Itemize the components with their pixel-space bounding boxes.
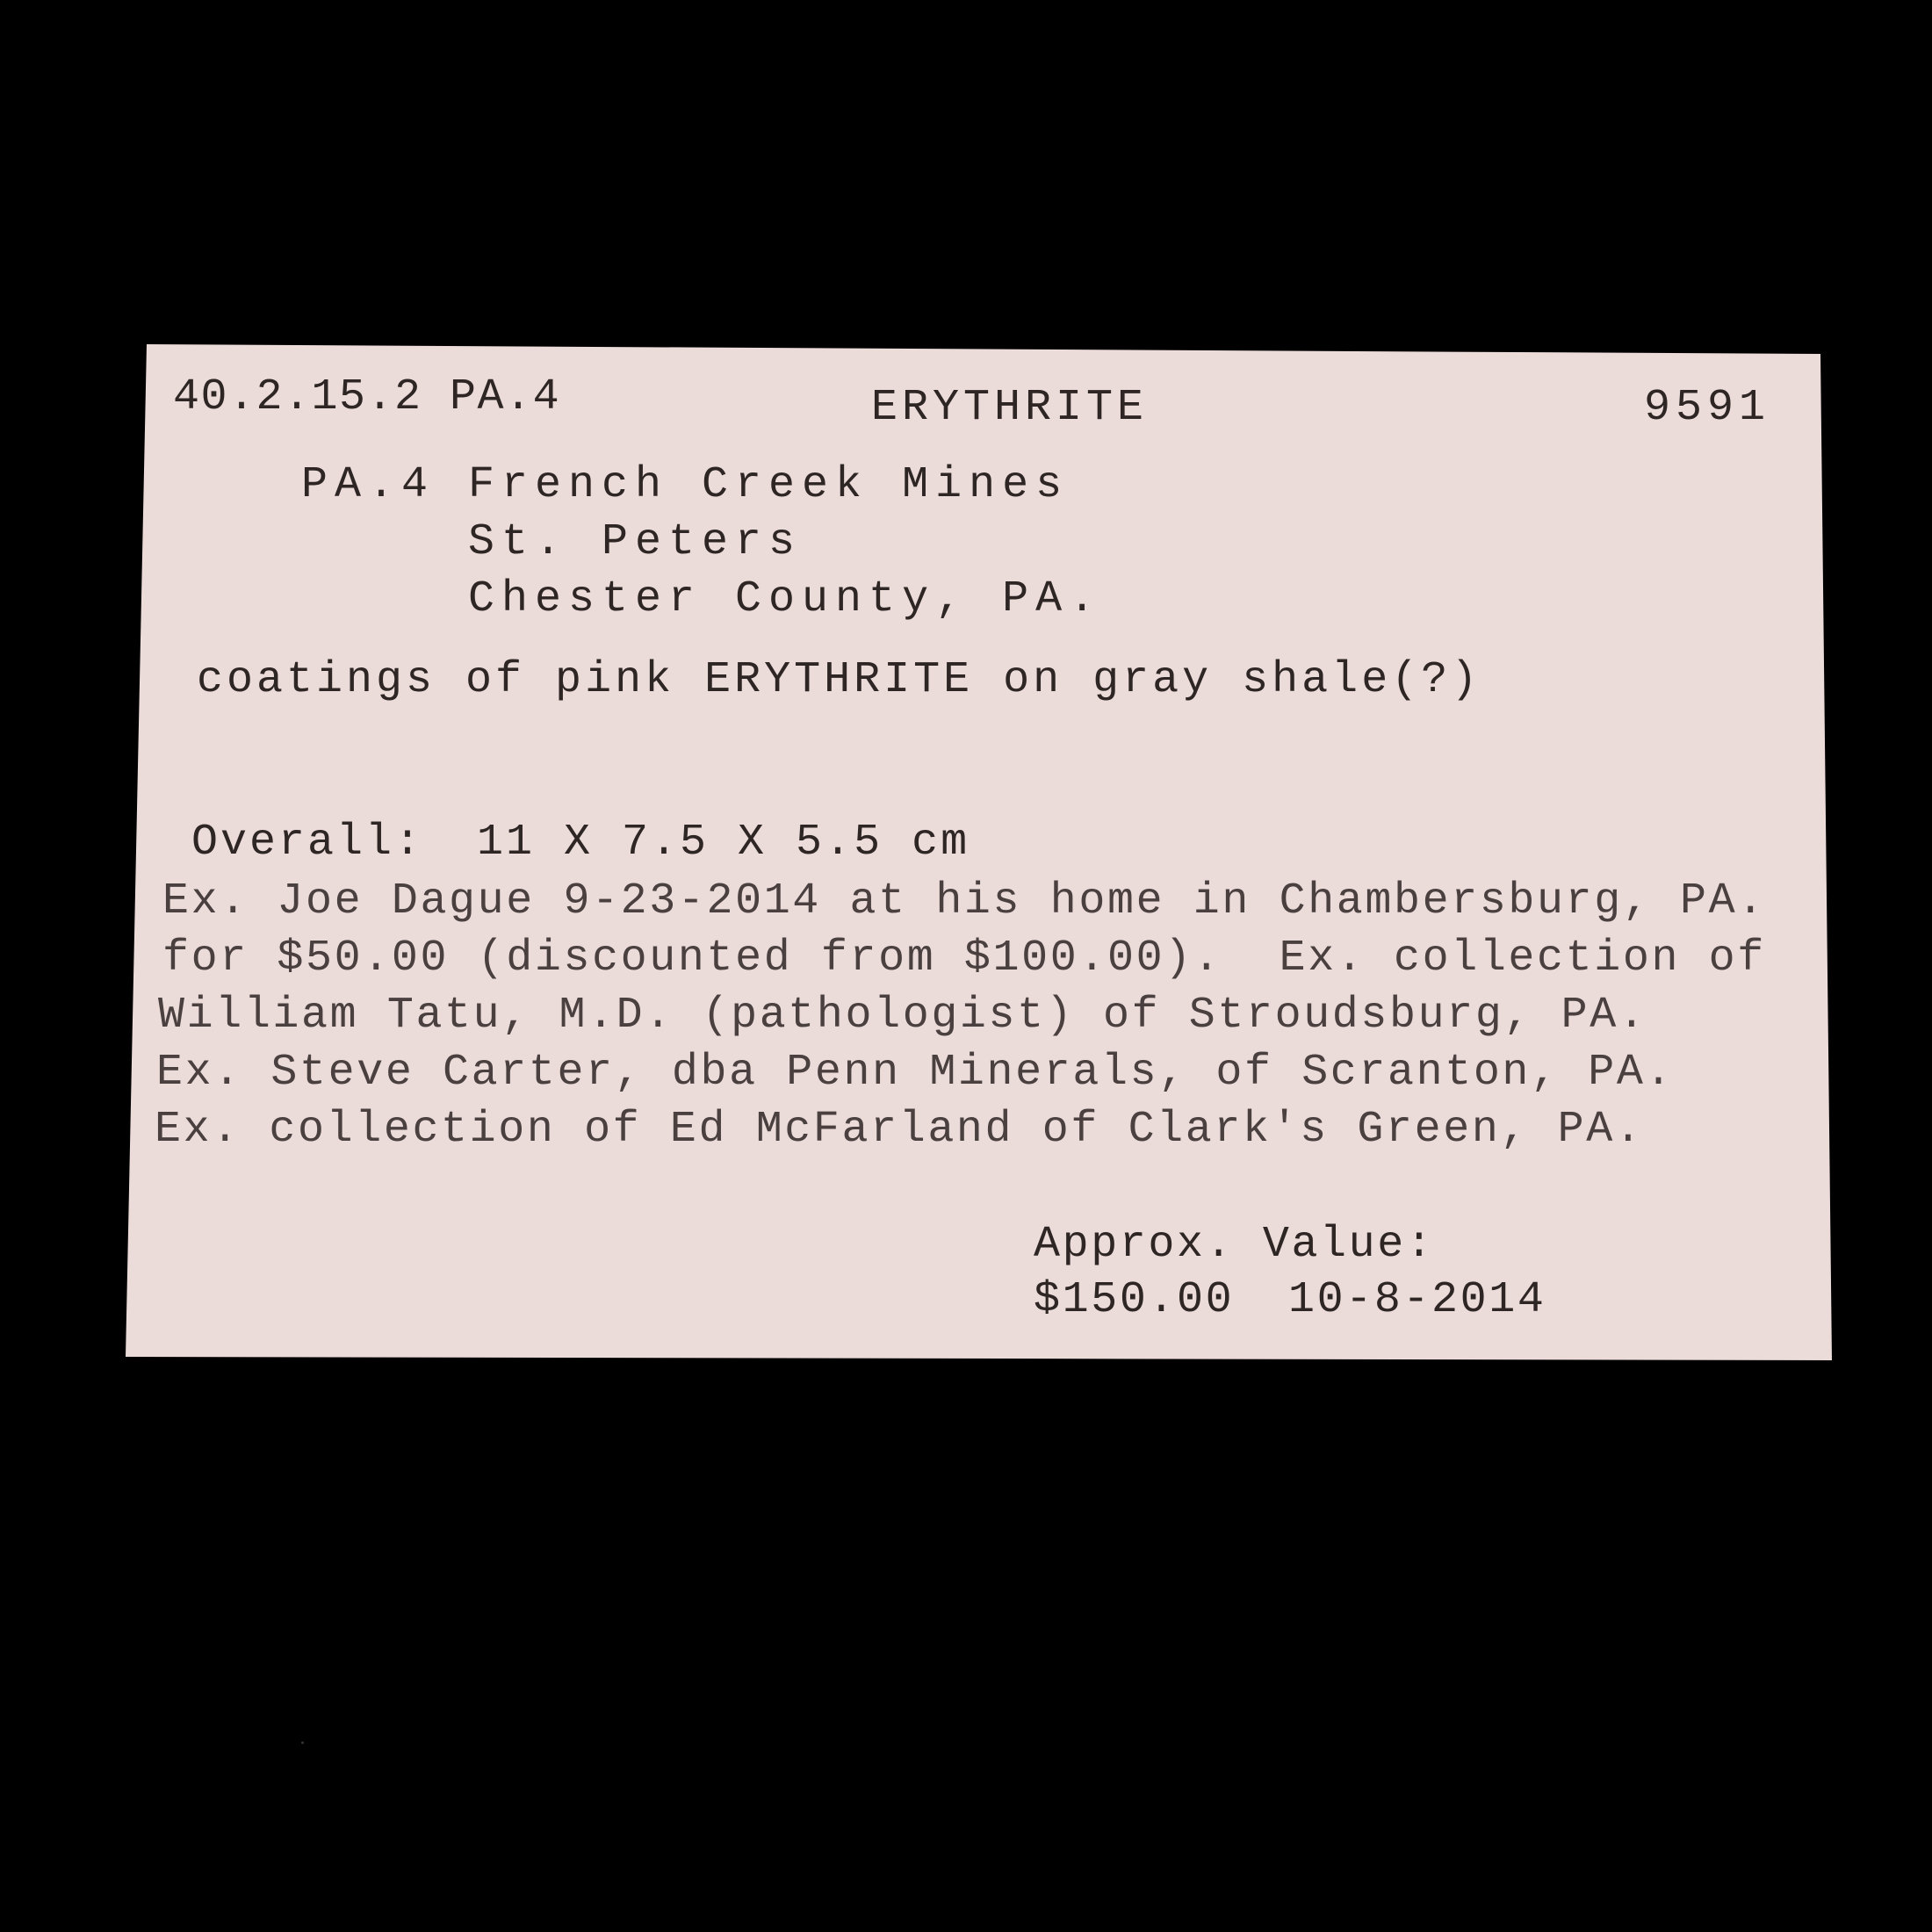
provenance-line: Ex. Joe Dague 9-23-2014 at his home in C… xyxy=(162,880,1766,924)
paper-speck xyxy=(301,1741,304,1744)
catalog-code: 40.2.15.2 PA.4 xyxy=(173,376,560,420)
dimensions-label: Overall: xyxy=(191,821,423,865)
locality-county-state: Chester County, PA. xyxy=(468,578,1102,622)
provenance-line: William Tatu, M.D. (pathologist) of Stro… xyxy=(158,994,1647,1038)
specimen-description: coatings of pink ERYTHRITE on gray shale… xyxy=(197,659,1481,703)
provenance-line: for $50.00 (discounted from $100.00). Ex… xyxy=(162,937,1766,981)
mineral-name: ERYTHRITE xyxy=(871,386,1148,430)
dimensions-value: 11 X 7.5 X 5.5 cm xyxy=(477,821,970,865)
specimen-number: 9591 xyxy=(1644,386,1770,430)
valuation-label: Approx. Value: xyxy=(1034,1223,1434,1267)
locality-code: PA.4 xyxy=(301,464,435,508)
valuation-date: 10-8-2014 xyxy=(1288,1279,1546,1323)
locality-site: French Creek Mines xyxy=(468,464,1069,508)
locality-town: St. Peters xyxy=(468,521,802,565)
provenance-line: Ex. Steve Carter, dba Penn Minerals, of … xyxy=(156,1051,1674,1095)
provenance-line: Ex. collection of Ed McFarland of Clark'… xyxy=(155,1108,1643,1152)
valuation-amount: $150.00 xyxy=(1034,1279,1234,1323)
